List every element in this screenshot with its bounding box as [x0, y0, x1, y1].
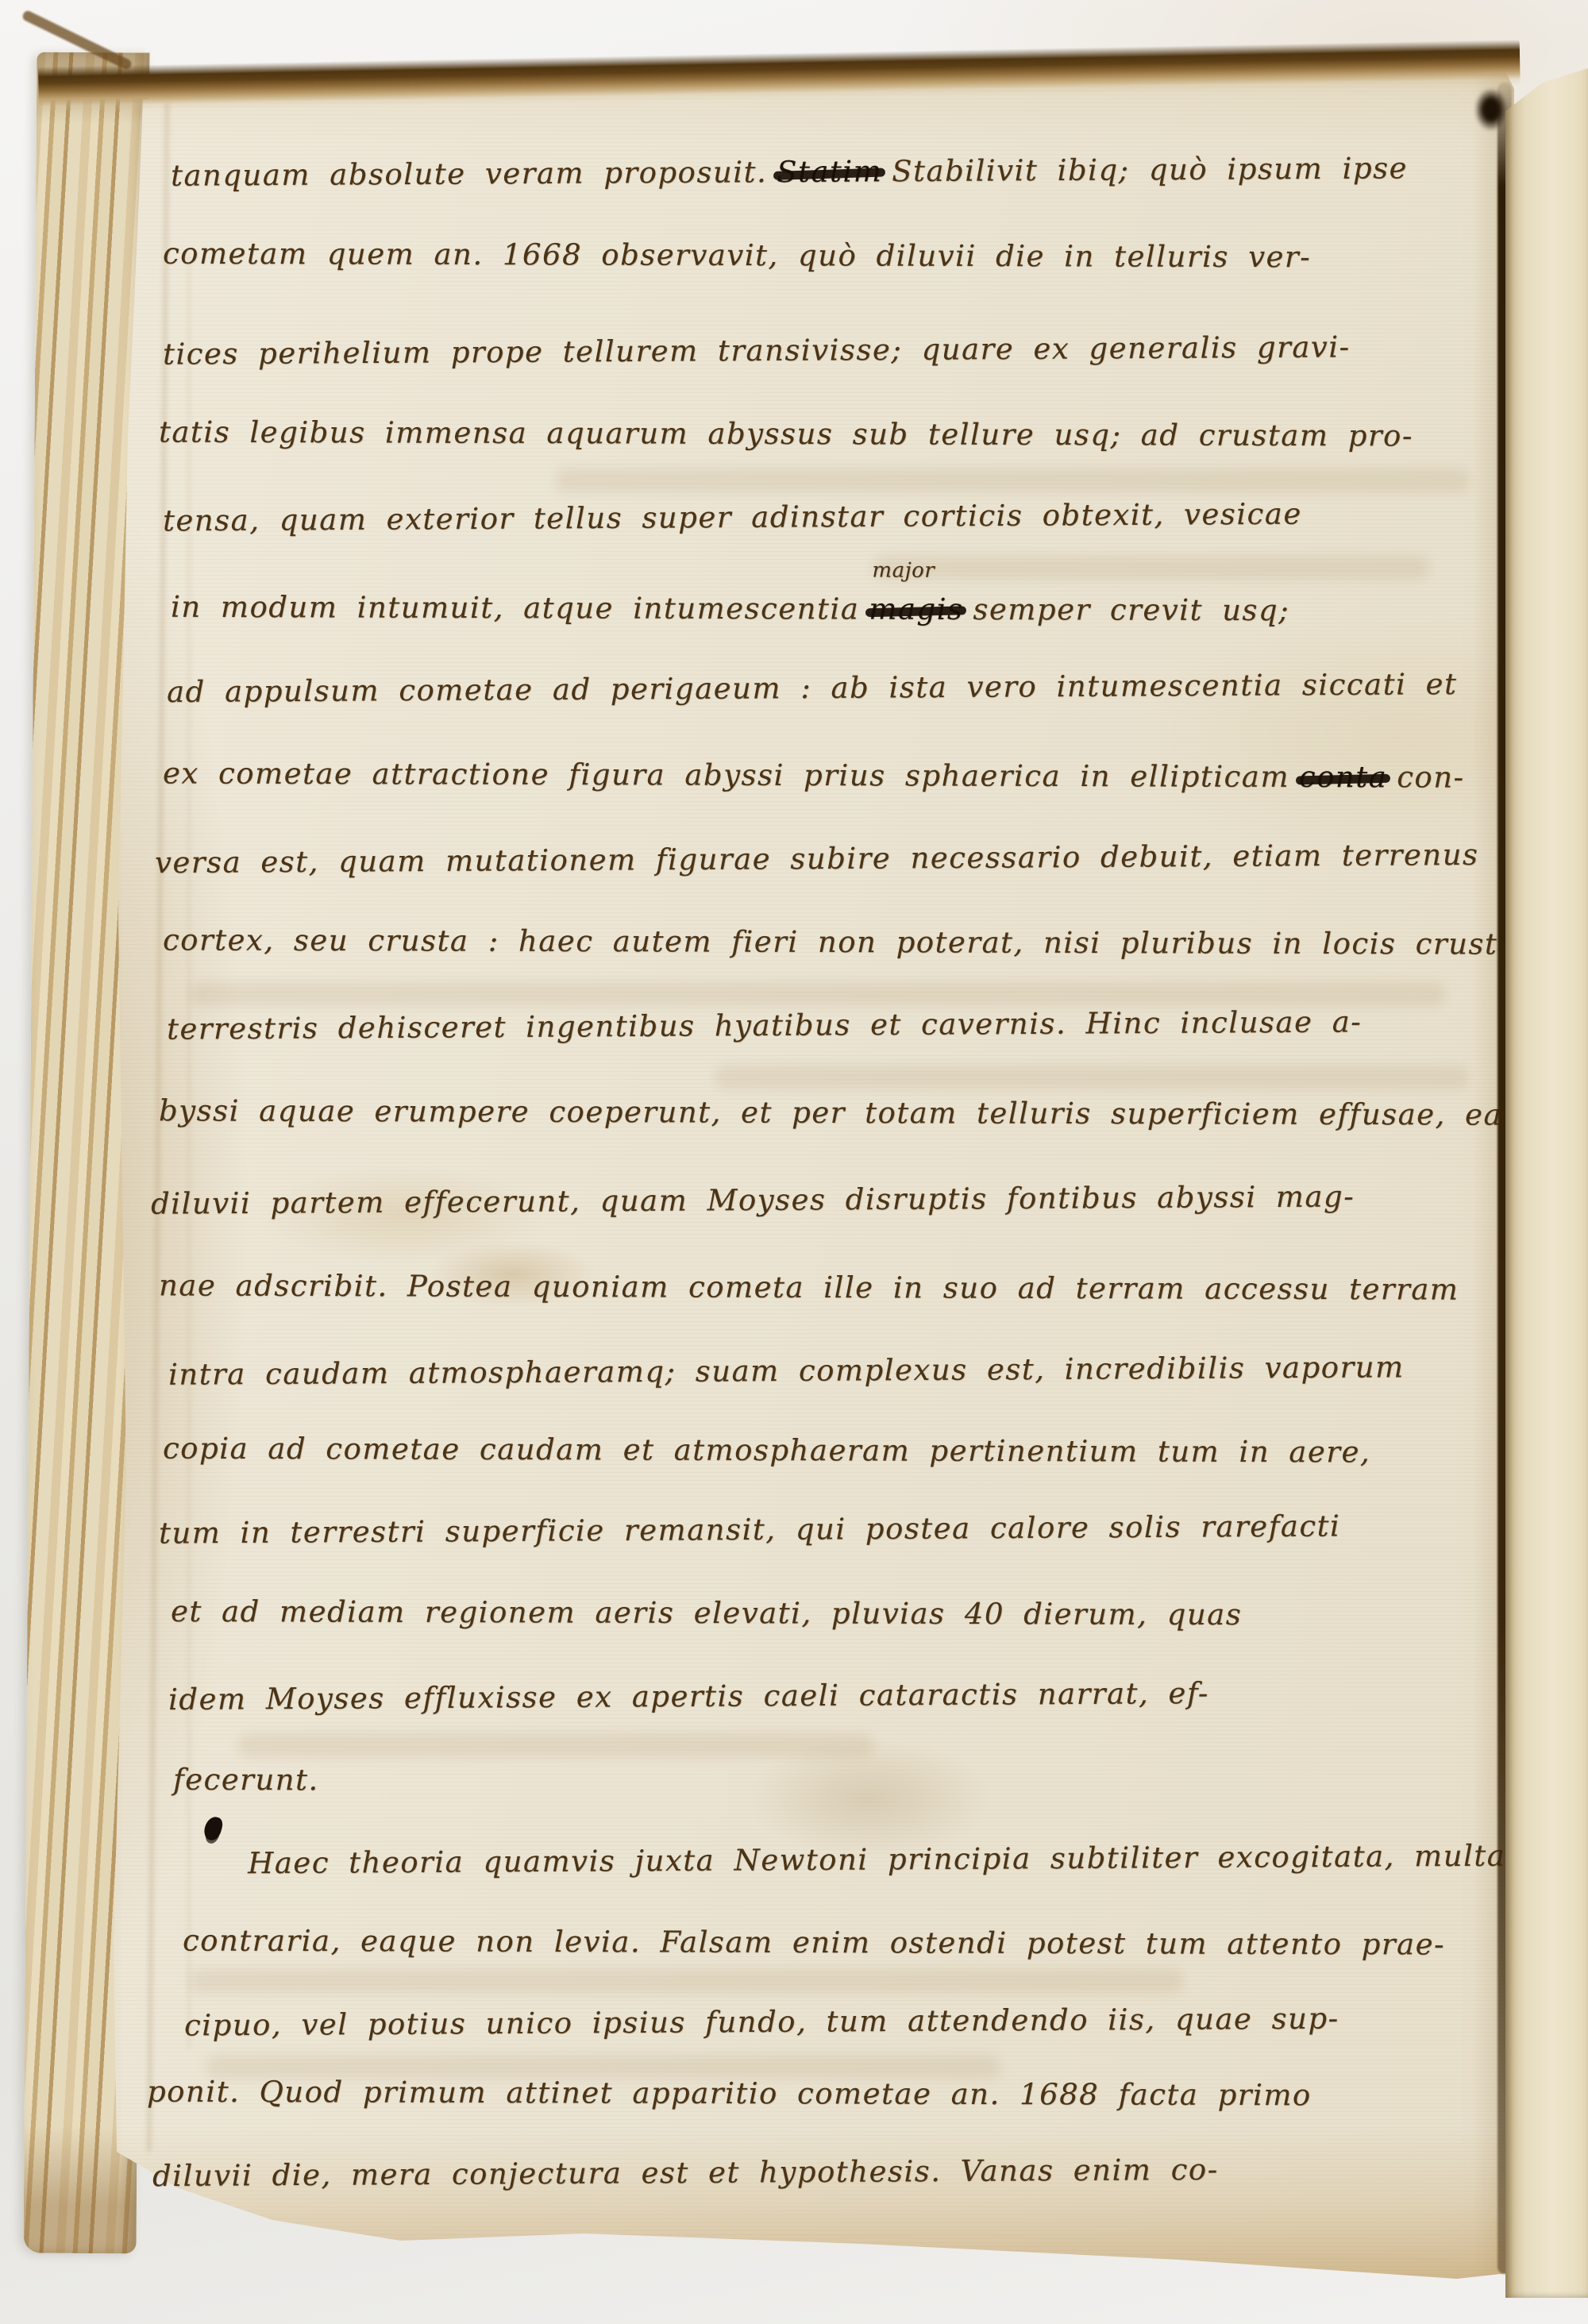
struck-word: magismajor — [869, 592, 963, 626]
facing-page-edge — [1505, 37, 1588, 2298]
ink-bleedthrough — [238, 1733, 873, 1757]
manuscript-line: cipuo, vel potius unico ipsius fundo, tu… — [184, 2002, 1339, 2043]
manuscript-line: ex cometae attractione figura abyssi pri… — [163, 756, 1465, 794]
manuscript-photo: tanquam absolute veram proposuit.StatimS… — [0, 0, 1588, 2324]
manuscript-line: idem Moyses effluxisse ex apertis caeli … — [168, 1676, 1209, 1717]
manuscript-line: tum in terrestri superficie remansit, qu… — [159, 1509, 1341, 1550]
manuscript-line: contraria, eaque non levia. Falsam enim … — [183, 1924, 1445, 1962]
ink-bleedthrough — [873, 556, 1429, 580]
manuscript-line: terrestris dehisceret ingentibus hyatibu… — [167, 1004, 1362, 1046]
manuscript-line: ponit. Quod primum attinet apparitio com… — [147, 2075, 1312, 2113]
ink-bleedthrough — [556, 468, 1469, 492]
gutter-shadow — [1475, 89, 1507, 130]
manuscript-line: tatis legibus immensa aquarum abyssus su… — [159, 415, 1413, 453]
manuscript-line: fecerunt. — [173, 1763, 319, 1798]
ink-bleedthrough — [191, 982, 1445, 1006]
manuscript-line: in modum intumuit, atque intumescentiama… — [171, 590, 1289, 627]
interlinear-insertion: major — [872, 559, 935, 583]
manuscript-line: cometam quem an. 1668 observavit, quò di… — [163, 237, 1311, 275]
manuscript-line: copia ad cometae caudam et atmosphaeram … — [163, 1432, 1370, 1470]
manuscript-line: tices perihelium prope tellurem transivi… — [163, 330, 1351, 371]
ink-bleedthrough — [191, 1969, 1183, 1993]
manuscript-line: nae adscribit. Postea quoniam cometa ill… — [159, 1268, 1459, 1306]
manuscript-line: cortex, seu crusta : haec autem fieri no… — [163, 923, 1517, 961]
struck-word: conta — [1299, 760, 1387, 794]
struck-word: Statim — [777, 154, 882, 189]
manuscript-line: tensa, quam exterior tellus super adinst… — [163, 497, 1302, 538]
manuscript-line: diluvii die, mera conjectura est et hypo… — [152, 2152, 1219, 2193]
manuscript-line: et ad mediam regionem aeris elevati, plu… — [171, 1594, 1242, 1632]
ink-bleedthrough — [715, 1066, 1469, 1089]
manuscript-line: byssi aquae erumpere coeperunt, et per t… — [159, 1093, 1532, 1131]
